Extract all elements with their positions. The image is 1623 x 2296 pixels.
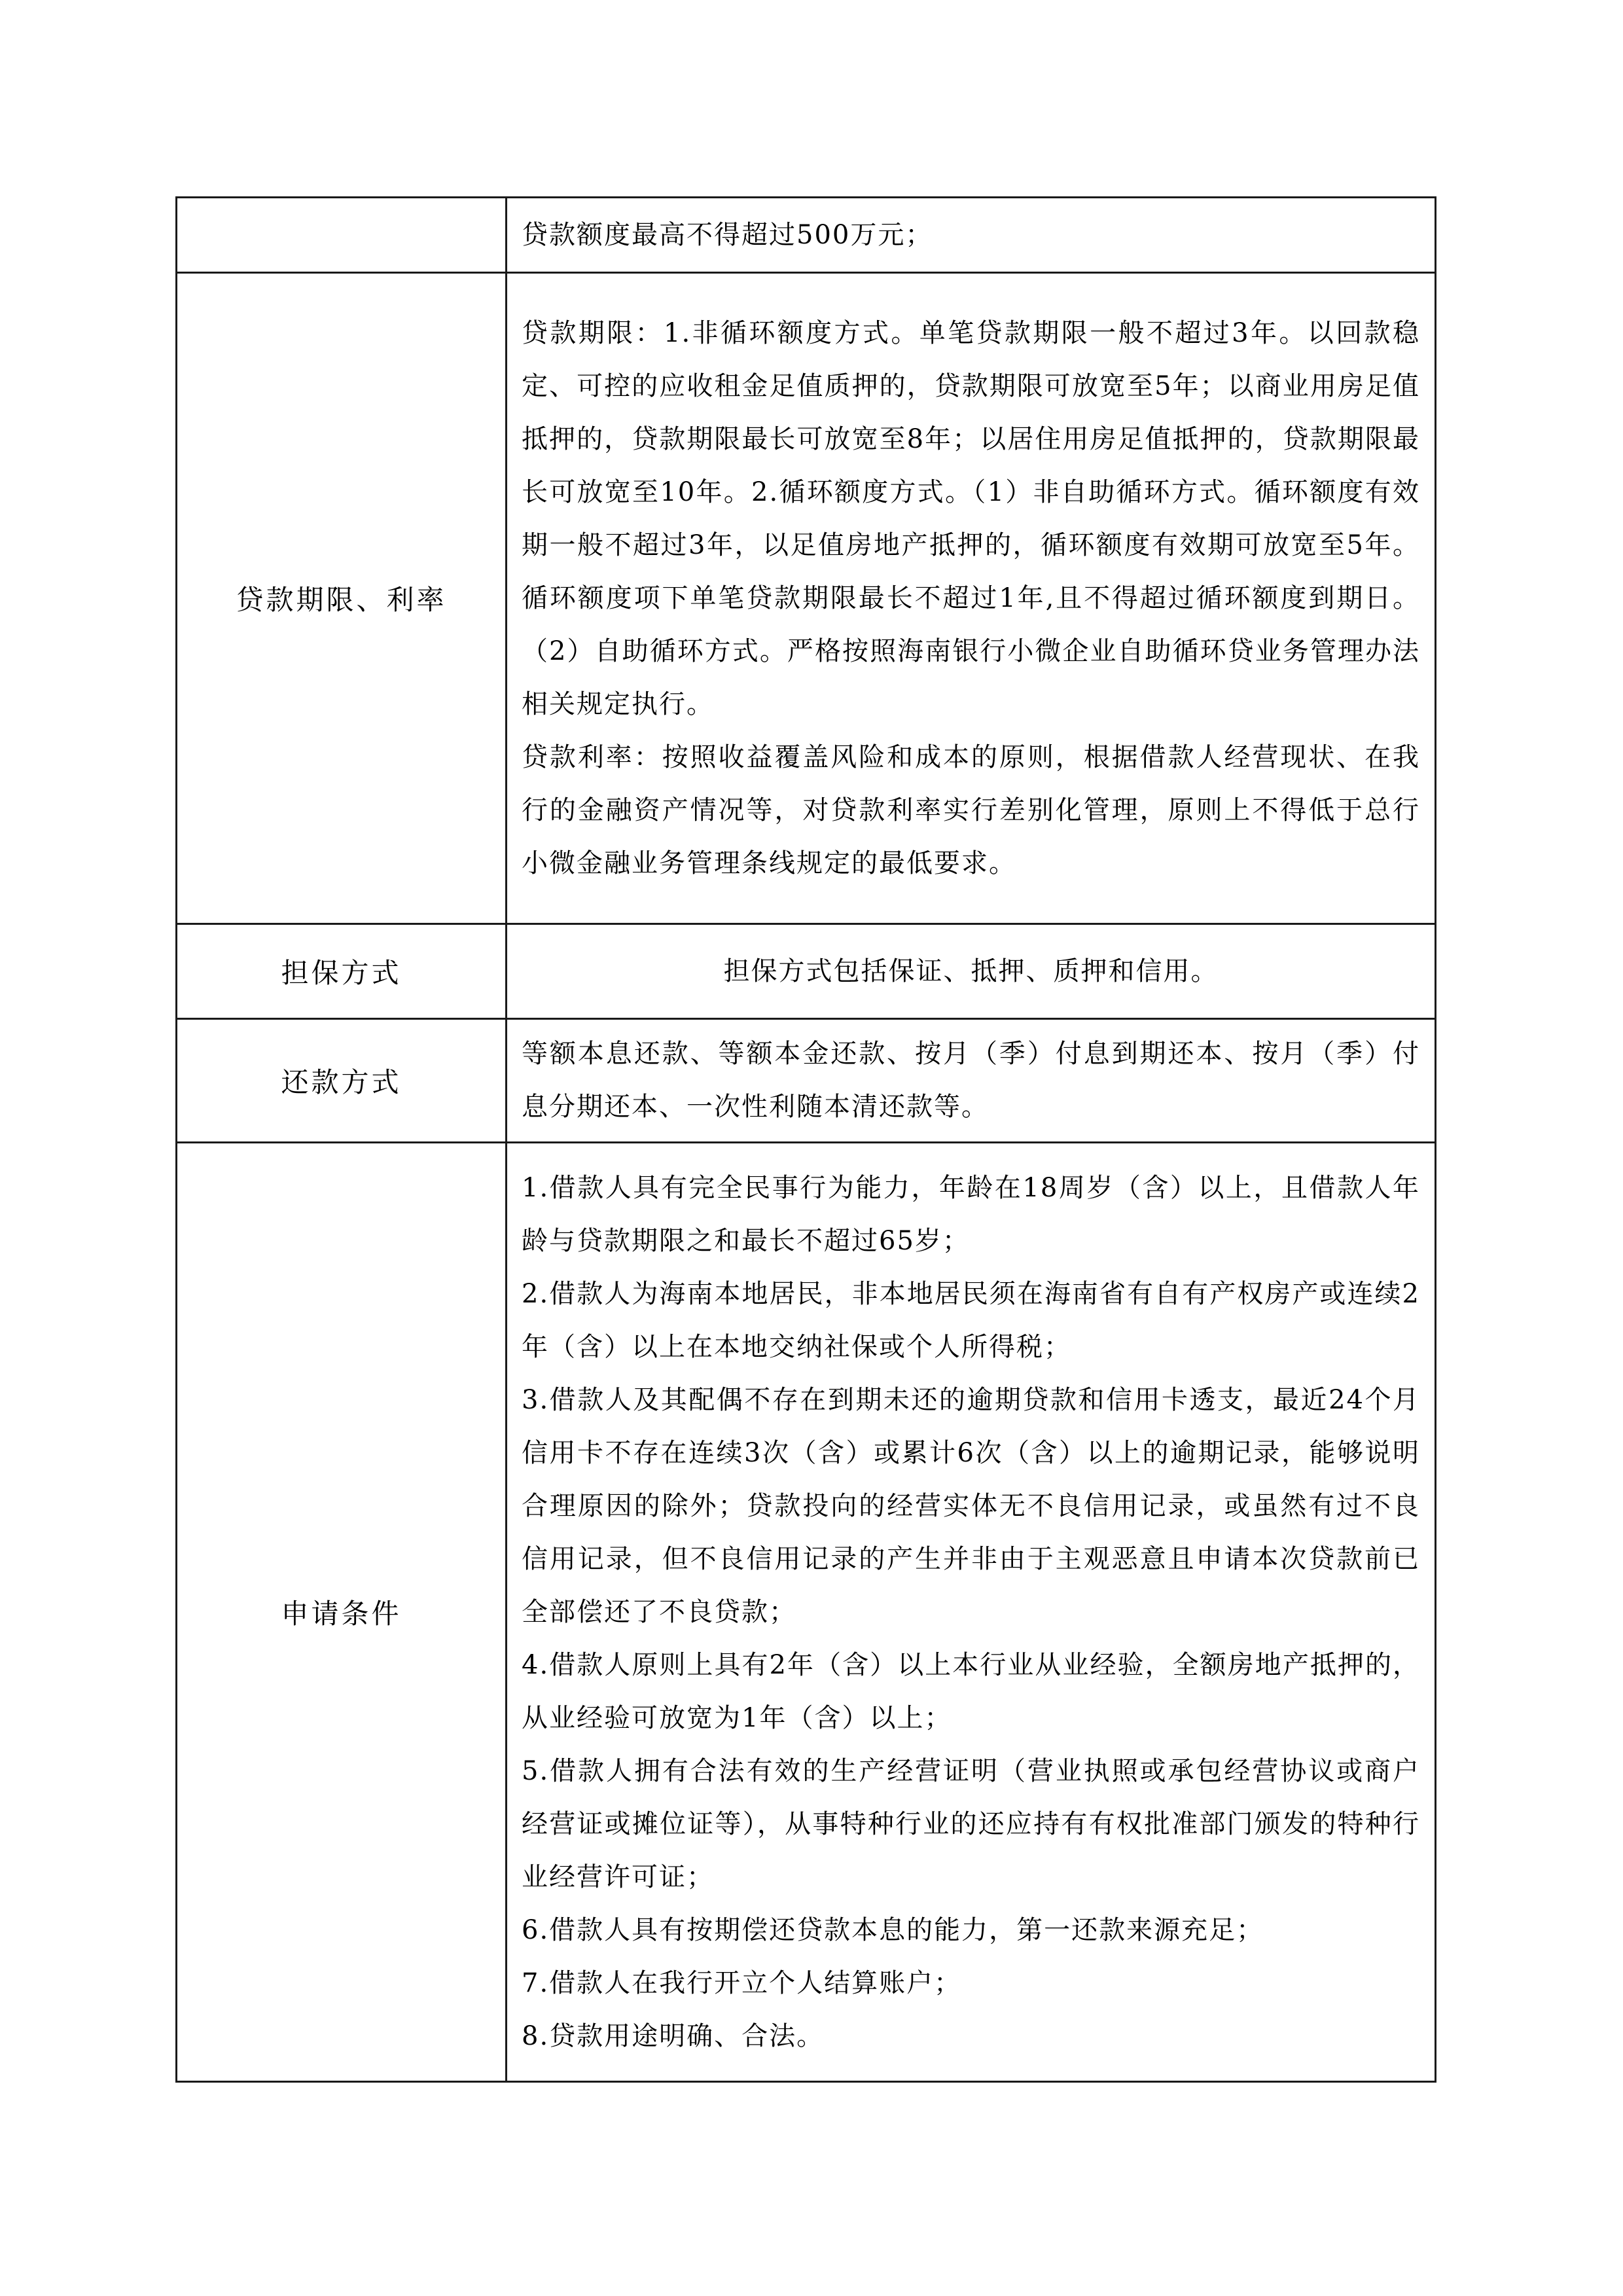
label-cell-empty (177, 198, 507, 273)
row-label: 贷款期限、利率 (177, 579, 505, 618)
content-cell-guarantee: 担保方式包括保证、抵押、质押和信用。 (507, 924, 1436, 1019)
loan-amount-text: 贷款额度最高不得超过500万元； (507, 201, 1435, 270)
repayment-text: 等额本息还款、等额本金还款、按月（季）付息到期还本、按月（季）付息分期还本、一次… (507, 1020, 1435, 1141)
paragraph-loan-rate: 贷款利率：按照收益覆盖风险和成本的原则，根据借款人经营现状、在我行的金融资产情况… (522, 731, 1420, 890)
paragraph: 等额本息还款、等额本金还款、按月（季）付息到期还本、按月（季）付息分期还本、一次… (522, 1028, 1420, 1134)
loan-product-table: 贷款额度最高不得超过500万元； 贷款期限、利率 贷款期限：1.非循环额度方式。… (175, 196, 1436, 2083)
row-guarantee-method: 担保方式 担保方式包括保证、抵押、质押和信用。 (177, 924, 1436, 1019)
condition-item-6: 6.借款人具有按期偿还贷款本息的能力，第一还款来源充足； (522, 1904, 1420, 1957)
guarantee-text: 担保方式包括保证、抵押、质押和信用。 (507, 937, 1435, 1006)
label-cell-conditions: 申请条件 (177, 1143, 507, 2082)
condition-item-7: 7.借款人在我行开立个人结算账户； (522, 1957, 1420, 2010)
row-loan-amount: 贷款额度最高不得超过500万元； (177, 198, 1436, 273)
term-rate-text: 贷款期限：1.非循环额度方式。单笔贷款期限一般不超过3年。以回款稳定、可控的应收… (507, 299, 1435, 898)
row-label: 申请条件 (177, 1592, 505, 1632)
content-cell-repayment: 等额本息还款、等额本金还款、按月（季）付息到期还本、按月（季）付息分期还本、一次… (507, 1019, 1436, 1143)
label-cell-repayment: 还款方式 (177, 1019, 507, 1143)
condition-item-4: 4.借款人原则上具有2年（含）以上本行业从业经验，全额房地产抵押的，从业经验可放… (522, 1639, 1420, 1745)
content-cell-conditions: 1.借款人具有完全民事行为能力，年龄在18周岁（含）以上，且借款人年龄与贷款期限… (507, 1143, 1436, 2082)
label-cell-guarantee: 担保方式 (177, 924, 507, 1019)
row-application-conditions: 申请条件 1.借款人具有完全民事行为能力，年龄在18周岁（含）以上，且借款人年龄… (177, 1143, 1436, 2082)
row-label: 担保方式 (177, 952, 505, 991)
content-cell-loan-amount: 贷款额度最高不得超过500万元； (507, 198, 1436, 273)
condition-item-5: 5.借款人拥有合法有效的生产经营证明（营业执照或承包经营协议或商户经营证或摊位证… (522, 1745, 1420, 1904)
condition-item-2: 2.借款人为海南本地居民，非本地居民须在海南省有自有产权房产或连续2年（含）以上… (522, 1268, 1420, 1374)
paragraph: 担保方式包括保证、抵押、质押和信用。 (522, 945, 1420, 998)
content-cell-term-rate: 贷款期限：1.非循环额度方式。单笔贷款期限一般不超过3年。以回款稳定、可控的应收… (507, 273, 1436, 924)
paragraph-loan-term: 贷款期限：1.非循环额度方式。单笔贷款期限一般不超过3年。以回款稳定、可控的应收… (522, 307, 1420, 731)
condition-item-3: 3.借款人及其配偶不存在到期未还的逾期贷款和信用卡透支，最近24个月信用卡不存在… (522, 1374, 1420, 1639)
label-cell-term-rate: 贷款期限、利率 (177, 273, 507, 924)
paragraph: 贷款额度最高不得超过500万元； (522, 209, 1420, 262)
row-term-rate: 贷款期限、利率 贷款期限：1.非循环额度方式。单笔贷款期限一般不超过3年。以回款… (177, 273, 1436, 924)
conditions-list: 1.借款人具有完全民事行为能力，年龄在18周岁（含）以上，且借款人年龄与贷款期限… (507, 1154, 1435, 2071)
condition-item-8: 8.贷款用途明确、合法。 (522, 2010, 1420, 2063)
row-repayment-method: 还款方式 等额本息还款、等额本金还款、按月（季）付息到期还本、按月（季）付息分期… (177, 1019, 1436, 1143)
row-label: 还款方式 (177, 1061, 505, 1100)
condition-item-1: 1.借款人具有完全民事行为能力，年龄在18周岁（含）以上，且借款人年龄与贷款期限… (522, 1162, 1420, 1268)
